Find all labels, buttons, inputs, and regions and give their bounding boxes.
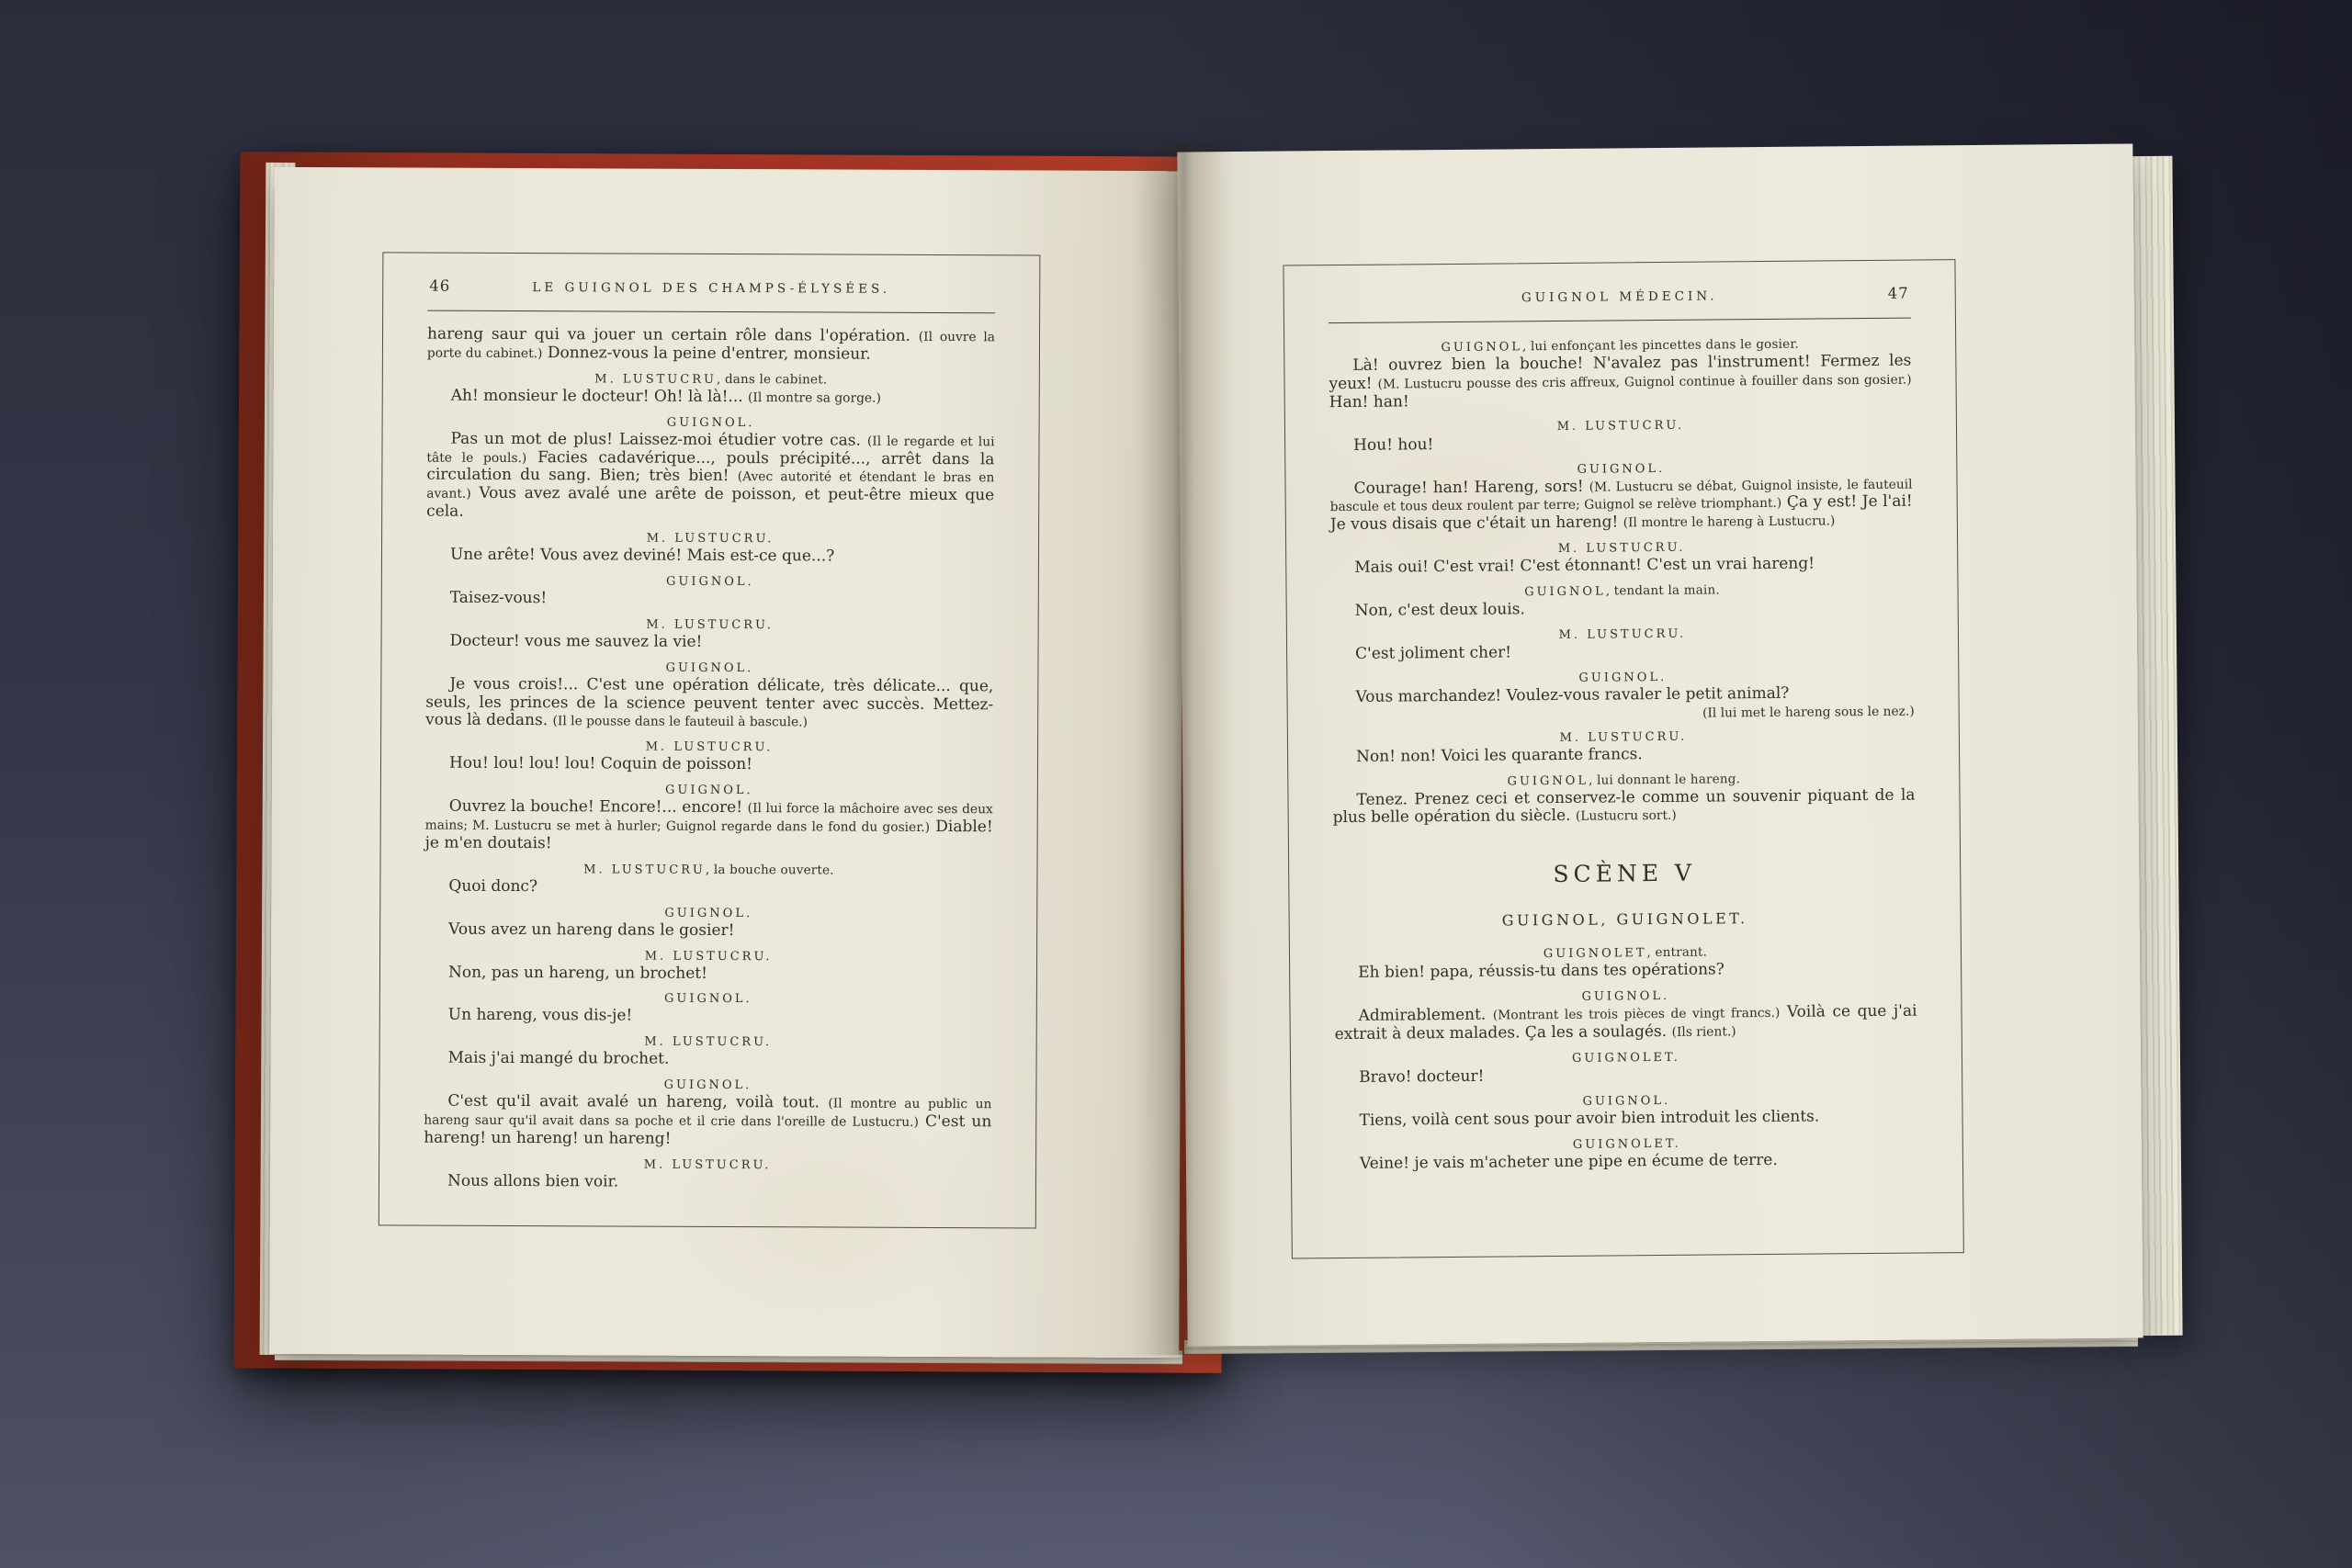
scene-cast: GUIGNOL, GUIGNOLET.	[1334, 908, 1917, 931]
speaker-name: M. LUSTUCRU.	[1558, 541, 1686, 556]
dialogue-paragraph: Vous avez un hareng dans le gosier!	[424, 920, 992, 942]
speaker-line: M. LUSTUCRU, dans le cabinet.	[427, 367, 995, 388]
speaker-direction: , entrant.	[1646, 945, 1707, 961]
running-title: GUIGNOL MÉDECIN.	[1329, 279, 1911, 308]
speaker-direction: , lui enfonçant les pincettes dans le go…	[1522, 337, 1799, 355]
book-photo: 46 LE GUIGNOL DES CHAMPS-ÉLYSÉES. hareng…	[0, 0, 2352, 1568]
speaker-name: GUIGNOL.	[1577, 461, 1665, 476]
dialogue-text: Han! han!	[1329, 392, 1409, 412]
speaker-name: M. LUSTUCRU.	[646, 617, 774, 632]
running-title: LE GUIGNOL DES CHAMPS-ÉLYSÉES.	[427, 272, 995, 298]
dialogue-paragraph: Vous marchandez! Voulez-vous ravaler le …	[1331, 683, 1914, 706]
dialogue-paragraph: Mais j'ai mangé du brochet.	[424, 1050, 992, 1071]
speaker-line: M. LUSTUCRU.	[426, 613, 994, 633]
speaker-name: GUIGNOL	[1524, 585, 1606, 600]
dialogue-text: Une arête! Vous avez deviné! Mais est-ce…	[450, 546, 834, 566]
speaker-name: GUIGNOLET	[1543, 946, 1647, 961]
dialogue-text: Ouvrez la bouche! Encore!... encore!	[449, 797, 748, 817]
stage-direction: (Il le pousse dans le fauteuil à bascule…	[553, 715, 808, 730]
dialogue-text: C'est qu'il avait avalé un hareng, voilà…	[447, 1092, 828, 1112]
dialogue-text: Veine! je vais m'acheter une pipe en écu…	[1360, 1151, 1778, 1173]
header-rule	[427, 310, 995, 314]
dialogue-text: Nous allons bien voir.	[447, 1171, 618, 1190]
speaker-line: GUIGNOL.	[427, 411, 995, 431]
right-page-body: GUIGNOL, lui enfonçant les pincettes dan…	[1329, 333, 1918, 1174]
dialogue-paragraph: Non, pas un hareng, un brochet!	[424, 964, 992, 985]
speaker-name: M. LUSTUCRU.	[647, 532, 775, 547]
dialogue-text: Quoi donc?	[448, 876, 537, 895]
speaker-name: GUIGNOL.	[1582, 1094, 1670, 1109]
dialogue-paragraph: Une arête! Vous avez deviné! Mais est-ce…	[426, 547, 994, 568]
speaker-name: M. LUSTUCRU.	[644, 1035, 772, 1050]
speaker-direction: , la bouche ouverte.	[706, 863, 834, 878]
speaker-name: GUIGNOL.	[667, 415, 755, 429]
dialogue-text: Pas un mot de plus! Laissez-moi étudier …	[450, 429, 866, 449]
speaker-line: GUIGNOL.	[424, 1074, 991, 1094]
left-page: 46 LE GUIGNOL DES CHAMPS-ÉLYSÉES. hareng…	[269, 167, 1184, 1358]
speaker-name: GUIGNOL.	[1578, 671, 1667, 685]
speaker-line: GUIGNOL.	[424, 901, 992, 921]
speaker-name: M. LUSTUCRU.	[645, 949, 773, 964]
dialogue-text: Hou! hou!	[1353, 435, 1433, 455]
speaker-name: M. LUSTUCRU	[583, 863, 706, 877]
speaker-direction: , tendant la main.	[1606, 582, 1720, 598]
dialogue-paragraph: C'est joliment cher!	[1331, 640, 1914, 663]
right-page-frame: 47 GUIGNOL MÉDECIN. GUIGNOL, lui enfonça…	[1283, 259, 1963, 1258]
speaker-line: GUIGNOL.	[426, 570, 994, 590]
speaker-name: M. LUSTUCRU.	[1560, 729, 1688, 744]
dialogue-paragraph: Admirablement. (Montrant les trois pièce…	[1334, 1003, 1917, 1044]
speaker-direction: , lui donnant le hareng.	[1589, 772, 1740, 787]
dialogue-text: Non! non! Voici les quarante francs.	[1356, 745, 1643, 766]
speaker-line: GUIGNOL.	[425, 656, 993, 676]
dialogue-text: Hou! lou! lou! lou! Coquin de poisson!	[449, 754, 752, 773]
dialogue-paragraph: Nous allons bien voir.	[424, 1172, 991, 1193]
speaker-name: GUIGNOL.	[1581, 989, 1669, 1004]
dialogue-paragraph: Non, c'est deux louis.	[1331, 598, 1914, 621]
page-number: 47	[1888, 285, 1909, 302]
dialogue-paragraph: Un hareng, vous dis-je!	[424, 1007, 992, 1028]
dialogue-text: Non, c'est deux louis.	[1355, 600, 1525, 620]
speaker-line: M. LUSTUCRU.	[425, 736, 993, 756]
speaker-name: M. LUSTUCRU.	[1557, 418, 1685, 433]
speaker-line: M. LUSTUCRU.	[424, 1153, 991, 1173]
stage-direction: (Il montre sa gorge.)	[748, 390, 881, 406]
speaker-direction: , dans le cabinet.	[717, 372, 827, 388]
speaker-line: M. LUSTUCRU.	[424, 944, 992, 964]
dialogue-text: Donnez-vous la peine d'entrer, monsieur.	[542, 344, 870, 364]
dialogue-text: Ah! monsieur le docteur! Oh! là là!...	[451, 386, 748, 405]
speaker-line: M. LUSTUCRU.	[426, 527, 994, 547]
dialogue-text: Eh bien! papa, réussis-tu dans tes opéra…	[1358, 961, 1724, 982]
left-page-header: 46 LE GUIGNOL DES CHAMPS-ÉLYSÉES.	[427, 272, 995, 306]
dialogue-paragraph: Quoi donc?	[424, 877, 992, 898]
stage-direction: (Lustucru sort.)	[1576, 808, 1677, 824]
dialogue-paragraph: Taisez-vous!	[426, 589, 994, 610]
page-number: 46	[429, 277, 450, 295]
dialogue-paragraph: Ah! monsieur le docteur! Oh! là là!... (…	[427, 387, 995, 408]
dialogue-paragraph: Hou! hou!	[1329, 432, 1912, 455]
dialogue-text: Vous marchandez! Voulez-vous ravaler le …	[1355, 684, 1789, 706]
right-page-header: 47 GUIGNOL MÉDECIN.	[1329, 279, 1911, 316]
speaker-line: GUIGNOL.	[425, 779, 993, 799]
dialogue-text: Tiens, voilà cent sous pour avoir bien i…	[1359, 1107, 1819, 1129]
dialogue-paragraph: Docteur! vous me sauvez la vie!	[426, 632, 994, 653]
dialogue-text: Courage! han! Hareng, sors!	[1353, 477, 1589, 497]
speaker-name: GUIGNOL.	[665, 784, 753, 797]
speaker-name: GUIGNOL	[1507, 773, 1589, 788]
dialogue-paragraph: Eh bien! papa, réussis-tu dans tes opéra…	[1334, 960, 1917, 983]
speaker-name: GUIGNOL.	[664, 992, 752, 1006]
dialogue-text: C'est joliment cher!	[1355, 643, 1511, 662]
speaker-name: GUIGNOLET.	[1573, 1136, 1681, 1151]
dialogue-paragraph: Tiens, voilà cent sous pour avoir bien i…	[1335, 1107, 1917, 1130]
dialogue-paragraph: Courage! han! Hareng, sors! (M. Lustucru…	[1329, 475, 1912, 535]
speaker-line: M. LUSTUCRU.	[424, 1031, 992, 1051]
dialogue-text: Non, pas un hareng, un brochet!	[448, 963, 707, 982]
speaker-name: GUIGNOL.	[664, 906, 752, 919]
stage-direction-right: (Il lui met le hareng sous le nez.)	[1332, 704, 1915, 724]
stage-direction: (M. Lustucru pousse des cris affreux, Gu…	[1377, 372, 1911, 391]
speaker-name: GUIGNOL.	[666, 575, 754, 589]
left-page-frame: 46 LE GUIGNOL DES CHAMPS-ÉLYSÉES. hareng…	[379, 252, 1041, 1228]
stage-direction: (Montrant les trois pièces de vingt fran…	[1493, 1006, 1781, 1023]
dialogue-paragraph: Là! ouvrez bien la bouche! N'avalez pas …	[1329, 353, 1911, 412]
speaker-name: M. LUSTUCRU.	[646, 740, 774, 755]
dialogue-text: Vous avez avalé une arête de poisson, et…	[426, 484, 994, 521]
dialogue-paragraph: C'est qu'il avait avalé un hareng, voilà…	[424, 1093, 991, 1150]
stage-direction: (Ils rient.)	[1671, 1024, 1736, 1040]
speaker-name: M. LUSTUCRU.	[644, 1157, 772, 1172]
dialogue-text: hareng saur qui va jouer un certain rôle…	[427, 325, 919, 345]
stage-direction: (Il montre le hareng à Lustucru.)	[1623, 514, 1836, 531]
dialogue-paragraph: Non! non! Voici les quarante francs.	[1332, 743, 1915, 766]
speaker-name: GUIGNOL.	[664, 1078, 752, 1092]
speaker-name: M. LUSTUCRU	[594, 372, 717, 387]
dialogue-text: Admirablement.	[1358, 1006, 1492, 1025]
dialogue-paragraph: hareng saur qui va jouer un certain rôle…	[427, 326, 995, 365]
left-page-body: hareng saur qui va jouer un certain rôle…	[424, 326, 995, 1193]
dialogue-text: Docteur! vous me sauvez la vie!	[450, 631, 703, 650]
speaker-name: GUIGNOL	[1441, 340, 1522, 355]
dialogue-paragraph: Bravo! docteur!	[1335, 1064, 1917, 1087]
dialogue-text: Bravo! docteur!	[1359, 1067, 1484, 1087]
speaker-name: GUIGNOLET.	[1572, 1051, 1680, 1066]
dialogue-paragraph: Veine! je vais m'acheter une pipe en écu…	[1336, 1150, 1918, 1173]
speaker-name: M. LUSTUCRU.	[1559, 627, 1687, 642]
right-page: 47 GUIGNOL MÉDECIN. GUIGNOL, lui enfonça…	[1177, 143, 2143, 1346]
dialogue-paragraph: Tenez. Prenez ceci et conservez-le comme…	[1332, 786, 1915, 828]
dialogue-paragraph: Hou! lou! lou! lou! Coquin de poisson!	[425, 755, 993, 776]
header-rule	[1329, 318, 1911, 324]
dialogue-text: Vous avez un hareng dans le gosier!	[448, 919, 734, 939]
dialogue-text: Un hareng, vous dis-je!	[448, 1006, 633, 1025]
dialogue-text: Taisez-vous!	[450, 589, 548, 607]
dialogue-text: Mais oui! C'est vrai! C'est étonnant! C'…	[1354, 555, 1815, 577]
speaker-name: GUIGNOL.	[666, 660, 754, 674]
speaker-line: M. LUSTUCRU, la bouche ouverte.	[424, 858, 992, 878]
dialogue-paragraph: Ouvrez la bouche! Encore!... encore! (Il…	[425, 798, 993, 855]
dialogue-paragraph: Mais oui! C'est vrai! C'est étonnant! C'…	[1330, 555, 1913, 578]
dialogue-paragraph: Je vous crois!... C'est une opération dé…	[425, 675, 993, 732]
scene-heading: SCÈNE V	[1333, 858, 1916, 890]
dialogue-paragraph: Pas un mot de plus! Laissez-moi étudier …	[426, 430, 994, 524]
dialogue-text: Mais j'ai mangé du brochet.	[448, 1049, 670, 1068]
speaker-line: GUIGNOL.	[424, 987, 992, 1008]
